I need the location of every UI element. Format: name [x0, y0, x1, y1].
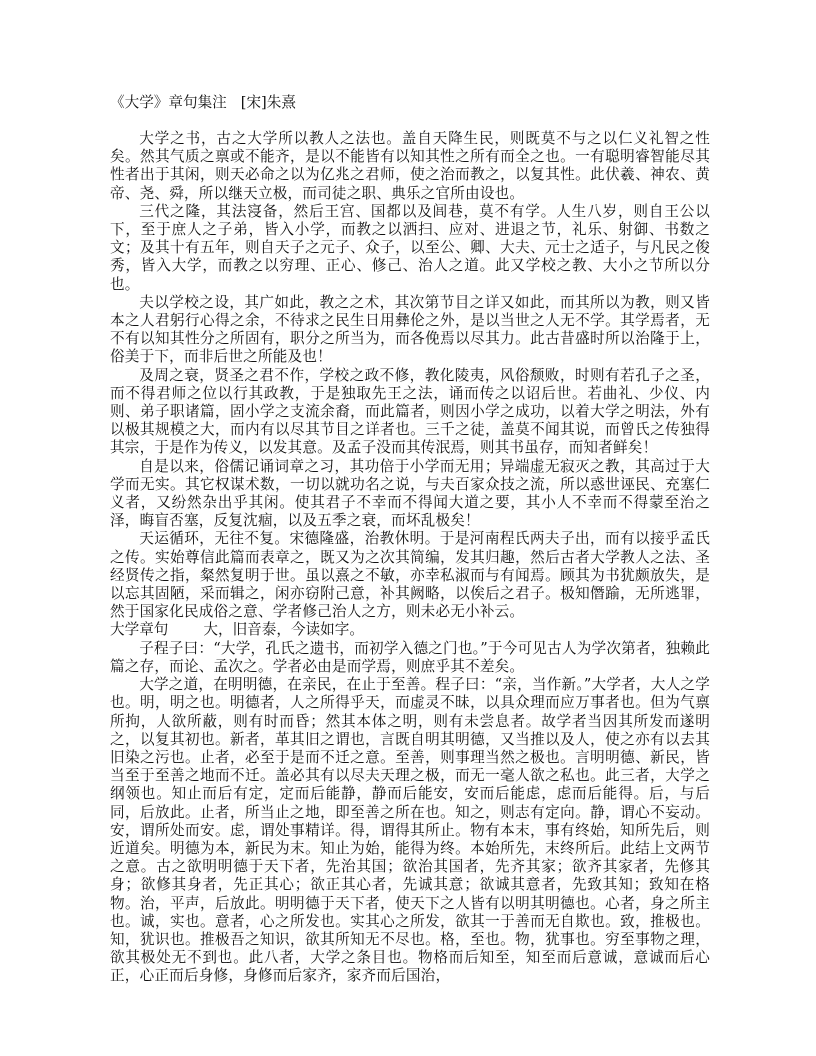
paragraph-preface-4: 及周之衰，贤圣之君不作，学校之政不修，教化陵夷，风俗颓败，时则有若孔子之圣，而不… — [110, 367, 710, 458]
paragraph-preface-5: 自是以来，俗儒记诵词章之习，其功倍于小学而无用；异端虚无寂灭之教，其高过于大学而… — [110, 458, 710, 531]
section-heading: 大学章句大，旧音泰，今读如字。 — [110, 621, 710, 639]
paragraph-chengzi-quote: 子程子曰：“大学，孔氏之遗书，而初学入德之门也。”于今可见古人为学次第者，独赖此… — [110, 640, 710, 676]
paragraph-preface-3: 夫以学校之设，其广如此，教之之术，其次第节目之详又如此，而其所以为教，则又皆本之… — [110, 294, 710, 367]
paragraph-preface-2: 三代之隆，其法寖备，然后王宫、国都以及闾巷，莫不有学。人生八岁，则自王公以下，至… — [110, 203, 710, 294]
section-heading-note: 大，旧音泰，今读如字。 — [203, 621, 364, 638]
author-text: [宋]朱熹 — [241, 94, 296, 111]
paragraph-preface-1: 大学之书，古之大学所以教人之法也。盖自天降生民，则既莫不与之以仁义礼智之性矣。然… — [110, 130, 710, 203]
document-title: 《大学》章句集注[宋]朱熹 — [110, 94, 710, 112]
document-page: 《大学》章句集注[宋]朱熹 大学之书，古之大学所以教人之法也。盖自天降生民，则既… — [110, 94, 710, 986]
section-heading-label: 大学章句 — [110, 621, 168, 638]
document-body: 大学之书，古之大学所以教人之法也。盖自天降生民，则既莫不与之以仁义礼智之性矣。然… — [110, 130, 710, 986]
paragraph-daxue-zhi-dao: 大学之道，在明明德，在亲民，在止于至善。程子曰：“亲，当作新。”大学者，大人之学… — [110, 676, 710, 985]
title-text: 《大学》章句集注 — [110, 94, 227, 111]
paragraph-preface-6: 天运循环，无往不复。宋德隆盛，治教休明。于是河南程氏两夫子出，而有以接乎孟氏之传… — [110, 530, 710, 621]
